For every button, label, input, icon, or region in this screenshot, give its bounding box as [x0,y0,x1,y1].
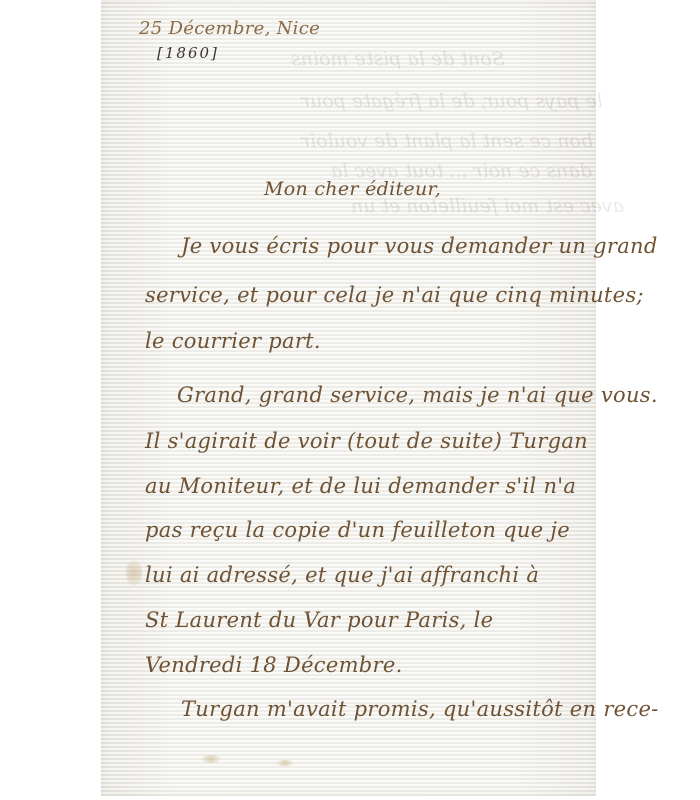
letter-line: lui ai adressé, et que j'ai affranchi à [145,563,539,587]
bleed-through-text: le pays pour, de la frégate pour [301,90,603,112]
letter-line: Vendredi 18 Décembre. [145,653,403,677]
paper-stain [201,755,221,763]
letter-line: Turgan m'avait promis, qu'aussitôt en re… [181,697,659,721]
letter-line: St Laurent du Var pour Paris, le [145,608,493,632]
letter-line: Il s'agirait de voir (tout de suite) Tur… [145,429,588,453]
letter-page: Sont de la piste moins le pays pour, de … [101,0,596,796]
paper-stain [126,560,142,586]
letter-line: Grand, grand service, mais je n'ai que v… [177,383,658,407]
letter-line: pas reçu la copie d'un feuilleton que je [145,518,570,542]
bleed-through-text: Sont de la piste moins [291,48,505,70]
letter-date-place: 25 Décembre, Nice [139,18,320,39]
bleed-through-text: bon ce sent la plant de vouloir [301,130,593,152]
letter-year-annotation: [1860] [157,44,219,62]
paper-stain [276,760,294,766]
letter-salutation: Mon cher éditeur, [264,178,441,200]
letter-line: au Moniteur, et de lui demander s'il n'a [145,474,576,498]
letter-line: service, et pour cela je n'ai que cinq m… [145,283,644,307]
letter-line: le courrier part. [145,329,321,353]
letter-line: Je vous écris pour vous demander un gran… [181,234,658,258]
